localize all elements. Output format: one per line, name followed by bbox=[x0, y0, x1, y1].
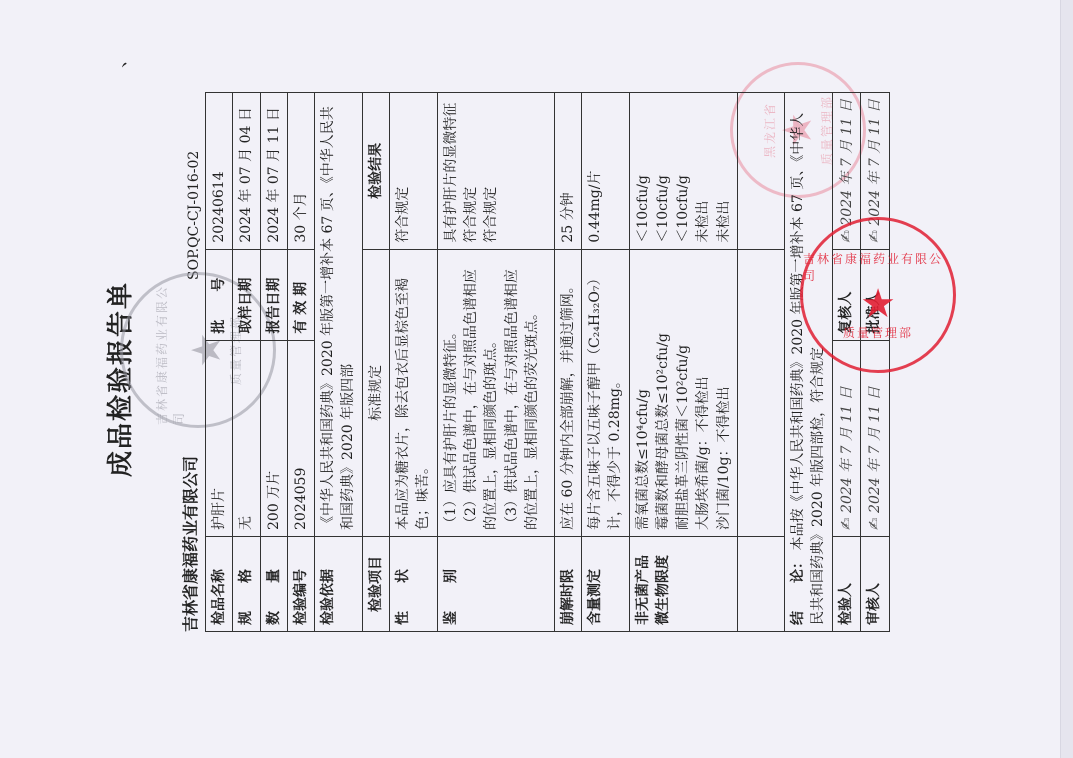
label-validity: 有 效 期 bbox=[287, 249, 314, 340]
row-appearance: 性 状 本品应为糖衣片，除去包衣后显棕色至褐色；味苦。 符合规定 bbox=[390, 93, 438, 632]
label-report-date: 报告日期 bbox=[260, 249, 287, 340]
row-product: 检品名称 护肝片 批 号 20240614 bbox=[206, 93, 233, 632]
item-standard: 本品应为糖衣片，除去包衣后显棕色至褐色；味苦。 bbox=[390, 249, 438, 536]
label-auditor: 审核人 bbox=[861, 537, 890, 632]
row-basis: 检验依据 《中华人民共和国药典》2020 年版第一增补本 67 页、《中华人民共… bbox=[315, 93, 363, 632]
item-standard: 应在 60 分钟内全部崩解，并通过筛网。 bbox=[554, 249, 581, 536]
item-name: 鉴 别 bbox=[437, 537, 554, 632]
value-report-date: 2024 年 07 月 11 日 bbox=[260, 93, 287, 250]
label-spec: 规 格 bbox=[233, 537, 260, 632]
conclusion-text: 本品按《中华人民共和国药典》2020 年版第一增补本 67 页、《中华人民共和国… bbox=[790, 113, 826, 625]
row-disintegration: 崩解时限 应在 60 分钟内全部崩解，并通过筛网。 25 分钟 bbox=[554, 93, 581, 632]
value-sampling-date: 2024 年 07 月 04 日 bbox=[233, 93, 260, 250]
value-validity: 30 个月 bbox=[287, 93, 314, 250]
item-standard: （1）应具有护肝片的显微特征。 （2）供试品色谱中，在与对照品色谱相应的位置上，… bbox=[437, 249, 554, 536]
row-blank bbox=[738, 93, 785, 632]
row-table-header: 检验项目 标准规定 检验结果 bbox=[362, 93, 389, 632]
inspector-signature: ✍ bbox=[837, 517, 855, 530]
label-sampling-date: 取样日期 bbox=[233, 249, 260, 340]
value-inspection-no: 2024059 bbox=[287, 340, 314, 536]
value-batch-no: 20240614 bbox=[206, 93, 233, 250]
item-result: 符合规定 bbox=[390, 93, 438, 250]
label-inspector: 检验人 bbox=[832, 537, 861, 632]
row-quantity: 数 量 200 万片 报告日期 2024 年 07 月 11 日 bbox=[260, 93, 287, 632]
item-name: 非无菌产品微生物限度 bbox=[629, 537, 737, 632]
pen-mark: 、 bbox=[105, 50, 131, 68]
label-product-name: 检品名称 bbox=[206, 537, 233, 632]
item-result: 具有护肝片的显微特征 符合规定 符合规定 bbox=[437, 93, 554, 250]
item-result: 25 分钟 bbox=[554, 93, 581, 250]
star-icon: ★ bbox=[860, 284, 896, 324]
header-item: 检验项目 bbox=[362, 537, 389, 632]
label-basis: 检验依据 bbox=[315, 537, 363, 632]
conclusion: 结 论： 本品按《中华人民共和国药典》2020 年版第一增补本 67 页、《中华… bbox=[785, 93, 833, 632]
label-batch-no: 批 号 bbox=[206, 249, 233, 340]
header-standard: 标准规定 bbox=[362, 249, 389, 536]
value-spec: 无 bbox=[233, 340, 260, 536]
report-page: 成品检验报告单 、 吉林省康福药业有限公司 SOP.QC-CJ-016-02 吉… bbox=[0, 0, 1073, 758]
row-identification: 鉴 别 （1）应具有护肝片的显微特征。 （2）供试品色谱中，在与对照品色谱相应的… bbox=[437, 93, 554, 632]
header-result: 检验结果 bbox=[362, 93, 389, 250]
value-product-name: 护肝片 bbox=[206, 340, 233, 536]
value-basis: 《中华人民共和国药典》2020 年版第一增补本 67 页、《中华人民共和国药典》… bbox=[315, 93, 363, 537]
document-code: SOP.QC-CJ-016-02 bbox=[186, 151, 202, 280]
conclusion-label: 结 论： bbox=[790, 555, 806, 625]
item-name: 含量测定 bbox=[581, 537, 629, 632]
company-name: 吉林省康福药业有限公司 bbox=[178, 456, 201, 632]
row-spec: 规 格 无 取样日期 2024 年 07 月 04 日 bbox=[233, 93, 260, 632]
item-result: 0.44mg/片 bbox=[581, 93, 629, 250]
value-quantity: 200 万片 bbox=[260, 340, 287, 536]
red-quality-stamp: 吉林省康福药业有限公司 ★ 质量管理部 bbox=[800, 217, 956, 373]
row-inspection-no: 检验编号 2024059 有 效 期 30 个月 bbox=[287, 93, 314, 632]
auditor-signature: ✍ bbox=[865, 517, 883, 530]
item-name: 崩解时限 bbox=[554, 537, 581, 632]
item-name: 性 状 bbox=[390, 537, 438, 632]
item-result: ＜10cfu/g ＜10cfu/g ＜10cfu/g 未检出 未检出 bbox=[629, 93, 737, 250]
item-standard: 需氧菌总数≤10⁴cfu/g 霉菌数和酵母菌总数≤10²cfu/g 耐胆盐革兰阴… bbox=[629, 249, 737, 536]
label-inspection-no: 检验编号 bbox=[287, 537, 314, 632]
item-standard: 每片含五味子以五味子醇甲（C₂₄H₃₂O₇）计，不得少于 0.28mg。 bbox=[581, 249, 629, 536]
row-conclusion: 结 论： 本品按《中华人民共和国药典》2020 年版第一增补本 67 页、《中华… bbox=[785, 93, 833, 632]
row-microbial-limit: 非无菌产品微生物限度 需氧菌总数≤10⁴cfu/g 霉菌数和酵母菌总数≤10²c… bbox=[629, 93, 737, 632]
inspection-form: 检品名称 护肝片 批 号 20240614 规 格 无 取样日期 2024 年 … bbox=[205, 92, 890, 632]
label-quantity: 数 量 bbox=[260, 537, 287, 632]
row-assay: 含量测定 每片含五味子以五味子醇甲（C₂₄H₃₂O₇）计，不得少于 0.28mg… bbox=[581, 93, 629, 632]
